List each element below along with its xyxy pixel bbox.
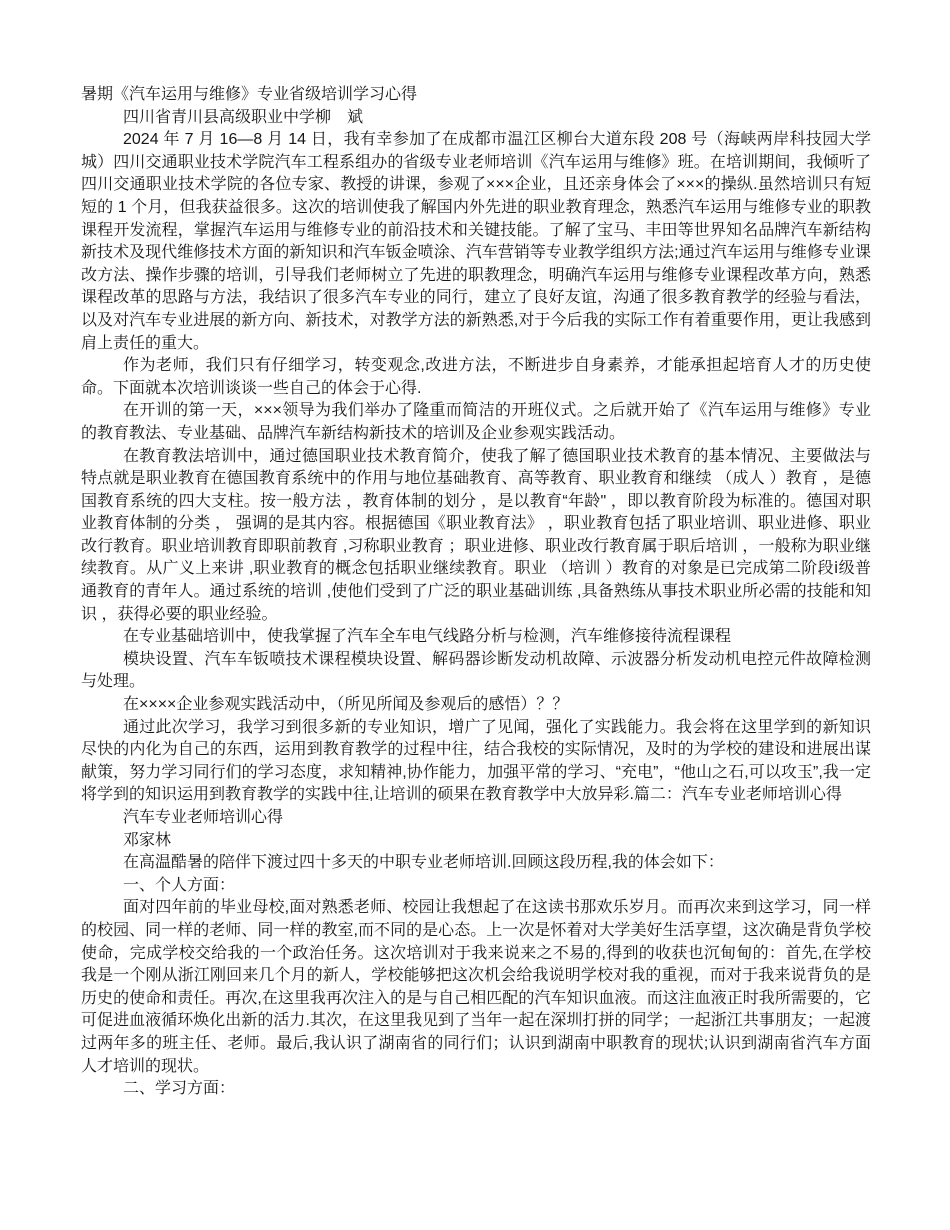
paragraph: 2024 年 7 月 16—8 月 14 日，我有幸参加了在成都市温江区柳台大道… <box>81 129 871 355</box>
paragraph: 邓家林 <box>81 830 871 853</box>
paragraph: 汽车专业老师培训心得 <box>81 807 871 830</box>
paragraph: 一、个人方面： <box>81 875 871 898</box>
paragraph: 模块设置、汽车车钣喷技术课程模块设置、解码器诊断发动机故障、示波器分析发动机电控… <box>81 649 871 694</box>
document-page: 暑期《汽车运用与维修》专业省级培训学习心得四川省青川县高级职业中学柳 斌2024… <box>81 84 871 1101</box>
paragraph: 在高温酷暑的陪伴下渡过四十多天的中职专业老师培训.回顾这段历程,我的体会如下： <box>81 852 871 875</box>
paragraph: 在专业基础培训中，使我掌握了汽车全车电气线路分析与检测，汽车维修接待流程课程 <box>81 626 871 649</box>
paragraph: 四川省青川县高级职业中学柳 斌 <box>81 107 871 130</box>
paragraph: 二、学习方面： <box>81 1078 871 1101</box>
paragraph: 通过此次学习，我学习到很多新的专业知识，增广了见闻，强化了实践能力。我会将在这里… <box>81 717 871 807</box>
paragraph: 作为老师，我们只有仔细学习，转变观念,改进方法，不断进步自身素养，才能承担起培育… <box>81 355 871 400</box>
paragraph: 在教育教法培训中，通过德国职业技术教育简介，使我了解了德国职业技术教育的基本情况… <box>81 446 871 627</box>
document-title: 暑期《汽车运用与维修》专业省级培训学习心得 <box>81 84 871 107</box>
paragraph: 在开训的第一天，×××领导为我们举办了隆重而简洁的开班仪式。之后就开始了《汽车运… <box>81 400 871 445</box>
paragraph: 面对四年前的毕业母校,面对熟悉老师、校园让我想起了在这读书那欢乐岁月。而再次来到… <box>81 897 871 1078</box>
paragraph: 在××××企业参观实践活动中，（所见所闻及参观后的感悟）？？ <box>81 694 871 717</box>
